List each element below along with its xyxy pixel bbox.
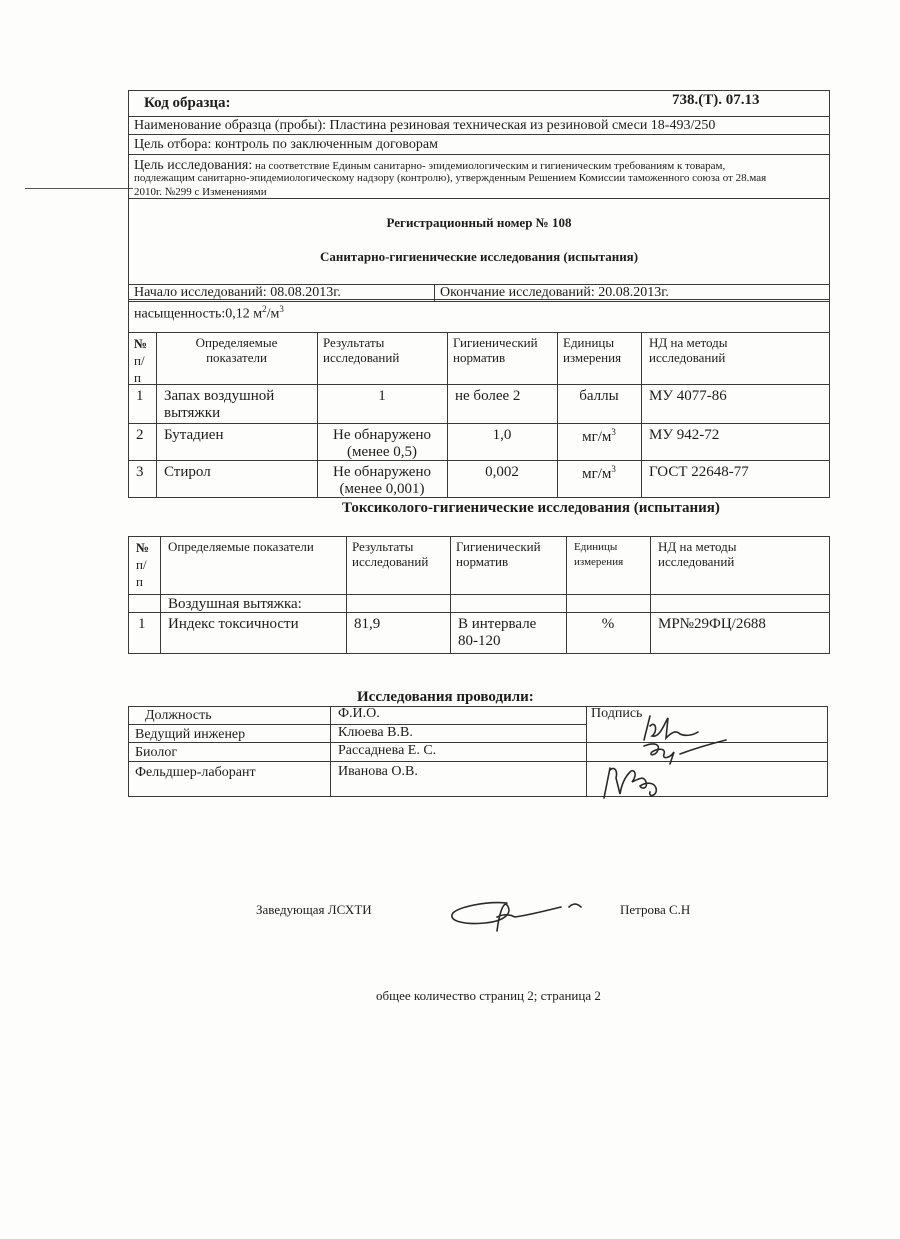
research-purpose-line2: подлежащим санитарно-эпидемиологическому… <box>134 172 766 185</box>
staff-header-position: Должность <box>145 708 212 724</box>
t1-header-method: НД на методыисследований <box>649 336 727 366</box>
t2-group-label: Воздушная вытяжка: <box>168 596 302 613</box>
page-info: общее количество страниц 2; страница 2 <box>376 989 601 1004</box>
section2-title: Токсиколого-гигиенические исследования (… <box>342 500 720 517</box>
scan-artifact-line <box>25 188 133 189</box>
t1-header-units: Единицыизмерения <box>563 336 621 366</box>
selection-purpose: Цель отбора: контроль по заключенным дог… <box>134 137 438 153</box>
head-position: Заведующая ЛСХТИ <box>256 903 372 918</box>
t1-header-result: Результатыисследований <box>323 336 399 366</box>
t2-header-result: Результатыисследований <box>352 540 428 570</box>
t2-header-method: НД на методыисследований <box>658 540 736 570</box>
t1-header-num: №п/п <box>134 336 147 387</box>
signature-ivanova <box>596 758 676 802</box>
t2-header-norm: Гигиеническийнорматив <box>456 540 541 570</box>
t1-header-norm: Гигиеническийнорматив <box>453 336 538 366</box>
registration-number: Регистрационный номер № 108 <box>128 216 830 231</box>
t2-header-num: №п/п <box>136 540 149 591</box>
signature-petrova <box>445 893 595 937</box>
t2-header-indicator: Определяемые показатели <box>168 540 314 555</box>
sample-code-label: Код образца: <box>144 95 231 112</box>
end-date: Окончание исследований: 20.08.2013г. <box>440 285 669 301</box>
staff-title: Исследования проводили: <box>357 689 534 706</box>
head-name: Петрова С.Н <box>620 903 690 918</box>
research-purpose-label: Цель исследования: <box>134 158 252 173</box>
sample-name: Наименование образца (пробы): Пластина р… <box>134 118 715 134</box>
section1-title: Санитарно-гигиенические исследования (ис… <box>128 250 830 265</box>
staff-header-name: Ф.И.О. <box>338 706 380 722</box>
saturation: насыщенность:0,12 м2/м3 <box>134 304 284 323</box>
start-date: Начало исследований: 08.08.2013г. <box>134 285 341 301</box>
t2-header-units: Единицыизмерения <box>574 540 623 571</box>
t1-header-indicator: Определяемыепоказатели <box>156 336 317 366</box>
research-purpose-line3: 2010г. №299 с Изменениями <box>134 186 267 199</box>
sample-code-value: 738.(Т). 07.13 <box>672 92 760 109</box>
